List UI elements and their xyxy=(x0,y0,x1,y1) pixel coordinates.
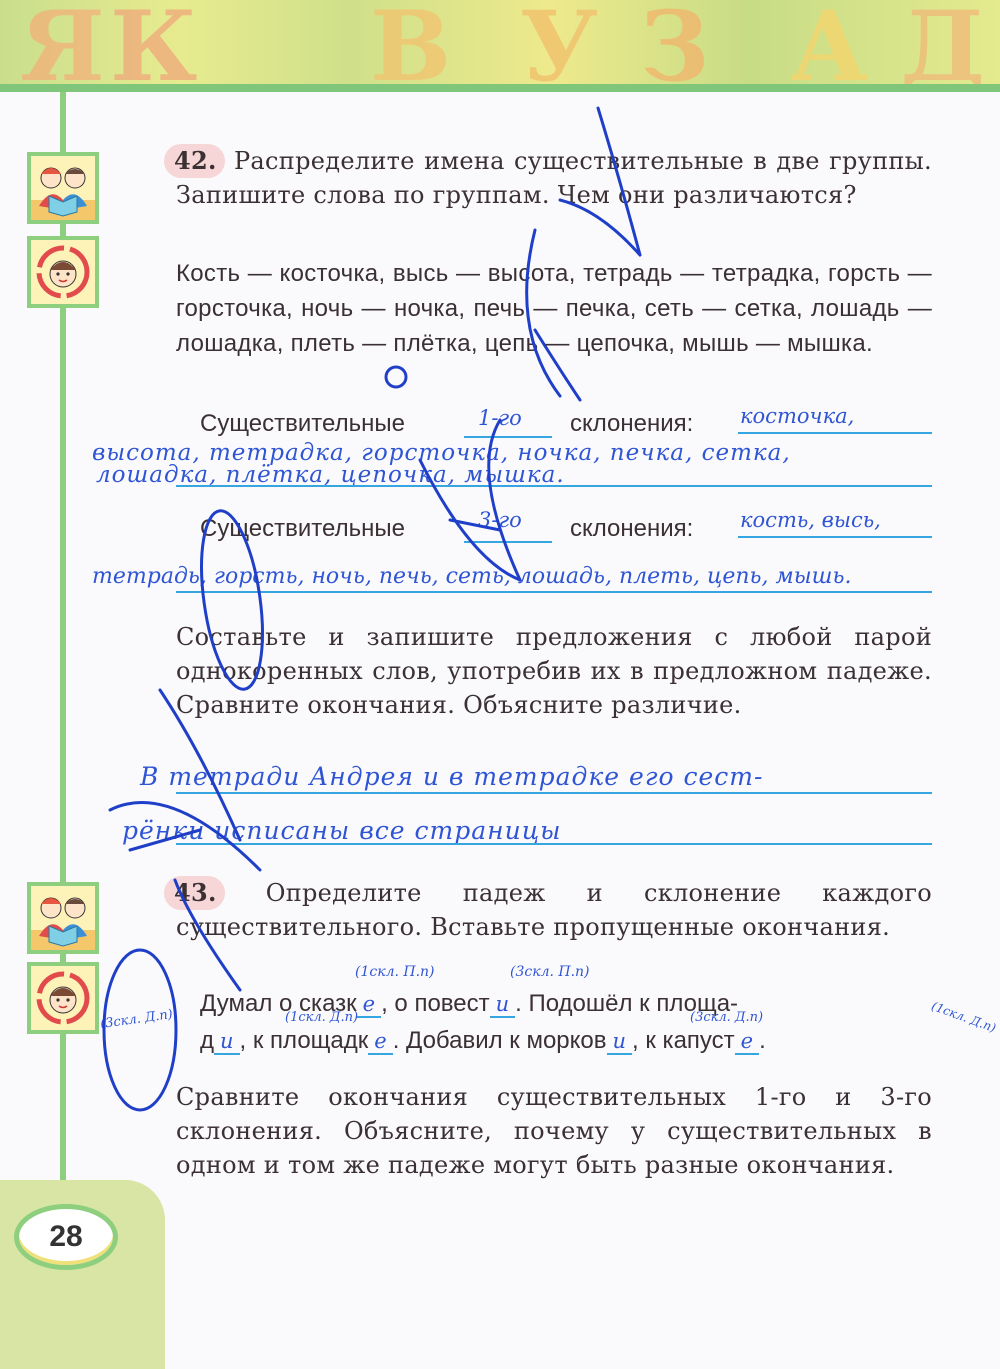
task2-answer-line1: В тетради Андрея и в тетрадке его сест- xyxy=(140,762,763,791)
case-note: (1скл. Д.п) xyxy=(285,1010,358,1025)
exercise-43-instruction: 43. Определите падеж и склонение каждого… xyxy=(176,876,932,944)
filled-ending: е xyxy=(368,1029,392,1055)
answer-line xyxy=(464,541,552,543)
answer-line xyxy=(176,843,932,845)
banner-divider xyxy=(0,84,1000,92)
children-reading-icon xyxy=(27,152,99,224)
filled-ending: и xyxy=(607,1029,633,1055)
children-reading-icon xyxy=(27,882,99,954)
group2-suffix: склонения: xyxy=(570,515,693,543)
group2-prefix: Существительные xyxy=(200,515,405,543)
exercise-42-instruction: 42. Распределите имена существительные в… xyxy=(176,144,932,212)
rotating-arrows-face-icon xyxy=(27,962,99,1034)
group1-answer-line1: косточка, xyxy=(740,404,854,428)
exercise-number: 43. xyxy=(164,876,225,910)
answer-line xyxy=(176,485,932,487)
answer-line xyxy=(738,536,932,538)
group2-declension-answer: 3-го xyxy=(478,508,522,532)
page-number: 28 xyxy=(14,1204,118,1270)
exercise-43-sentence-line2: ди, к площадке. Добавил к моркови, к кап… xyxy=(200,1027,960,1055)
task2-answer-line2: рёнки исписаны все страницы xyxy=(122,816,562,845)
banner-letter: У xyxy=(520,0,598,86)
sentence-fragment: . xyxy=(759,1027,766,1054)
answer-line xyxy=(738,432,932,434)
case-note: (3скл. Д.п) xyxy=(690,1010,763,1025)
banner-letter: А xyxy=(790,0,868,86)
group2-answer-line2: тетрадь, горсть, ночь, печь, сеть, лошад… xyxy=(92,564,851,589)
banner-letter: З xyxy=(640,0,709,86)
sentence-fragment: , к площадк xyxy=(240,1027,369,1054)
sentence-fragment: , о повест xyxy=(381,990,490,1017)
answer-line xyxy=(176,792,932,794)
banner-letter: В xyxy=(370,0,451,86)
filled-ending: е xyxy=(357,992,381,1018)
exercise-number: 42. xyxy=(164,144,225,178)
instruction-text: Определите падеж и склонение каждого сущ… xyxy=(176,879,932,941)
group1-declension-answer: 1-го xyxy=(478,406,522,430)
sentence-fragment: д xyxy=(200,1027,214,1054)
banner-letter: Я xyxy=(20,0,105,86)
group2-answer-line1: кость, высь, xyxy=(740,508,881,532)
decorative-letters-banner: Я К В У З А Д xyxy=(0,0,1000,86)
answer-line xyxy=(176,591,932,593)
rotating-arrows-face-icon xyxy=(27,236,99,308)
group1-prefix: Существительные xyxy=(200,410,405,438)
filled-ending: и xyxy=(490,992,516,1018)
answer-line xyxy=(464,436,552,438)
exercise-42-task2: Составьте и запишите предложения с любой… xyxy=(176,620,932,722)
sentence-fragment: . Добавил к морков xyxy=(393,1027,607,1054)
instruction-text: Распределите имена существительные в две… xyxy=(176,147,932,209)
case-note: (3скл. П.п) xyxy=(510,964,590,980)
sentence-fragment: , к капуст xyxy=(632,1027,735,1054)
banner-letter: К xyxy=(110,0,197,86)
exercise-43-task2: Сравните окончания существительных 1-го … xyxy=(176,1080,932,1182)
case-note: (3скл. Д.п) xyxy=(99,1007,173,1032)
group1-suffix: склонения: xyxy=(570,410,693,438)
banner-letter: Д xyxy=(900,0,985,86)
filled-ending: е xyxy=(735,1029,759,1055)
filled-ending: и xyxy=(214,1029,240,1055)
word-pairs-text: Кость — косточка, высь — высота, тетрадь… xyxy=(176,256,932,361)
case-note: (1скл. П.п) xyxy=(355,964,435,980)
